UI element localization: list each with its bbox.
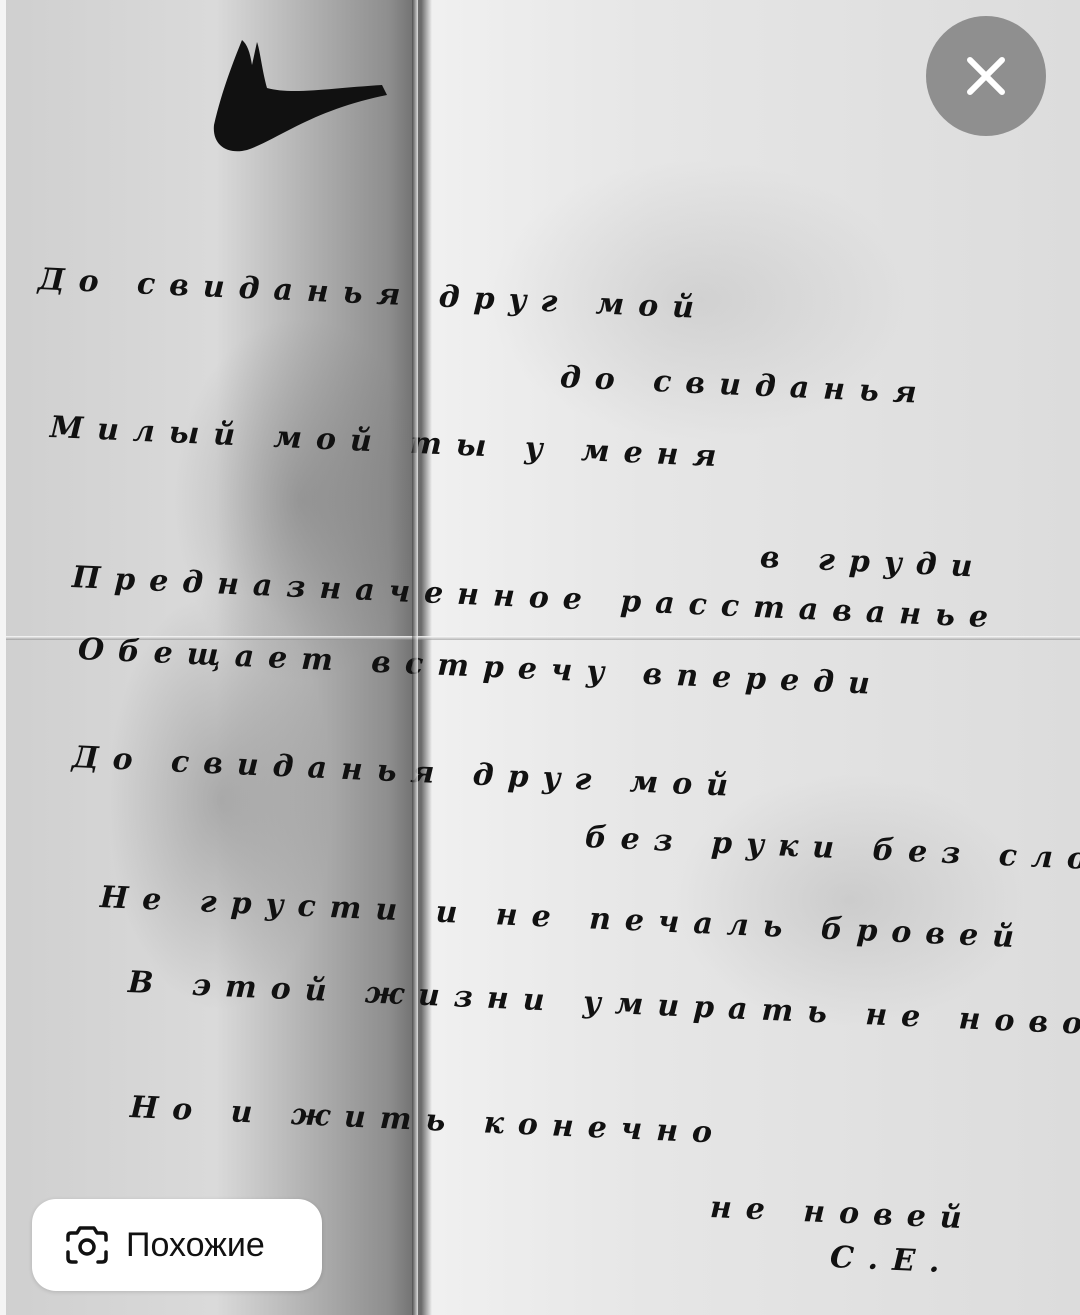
handwritten-line: Обещает встречу впереди [77, 632, 884, 702]
close-icon [964, 54, 1008, 98]
handwritten-line: Не грусти и не печаль бровей [99, 880, 1028, 955]
handwritten-line: До свиданья друг мой [71, 740, 743, 804]
photo-edge [0, 0, 6, 1315]
handwritten-line: до свиданья [559, 360, 931, 411]
handwritten-line: В этой жизни умирать не ново [127, 965, 1080, 1042]
similar-images-button[interactable]: Похожие [32, 1199, 322, 1291]
handwritten-line: без руки без слова [584, 820, 1080, 880]
handwritten-line: Но и жить конечно [129, 1090, 727, 1151]
close-button[interactable] [926, 16, 1046, 136]
handwritten-line: До свиданья друг мой [37, 262, 709, 326]
camera-scan-icon [64, 1224, 110, 1266]
handwritten-line: Милый мой ты у меня [49, 410, 731, 475]
handwritten-line: С.Е. [829, 1240, 954, 1280]
letter-photo: До свиданья друг мойдо свиданьяМилый мой… [0, 0, 1080, 1315]
similar-button-label: Похожие [126, 1226, 265, 1265]
ink-blot [212, 40, 387, 155]
handwritten-line: не новей [709, 1190, 976, 1237]
handwritten-line: в груди [759, 540, 987, 585]
